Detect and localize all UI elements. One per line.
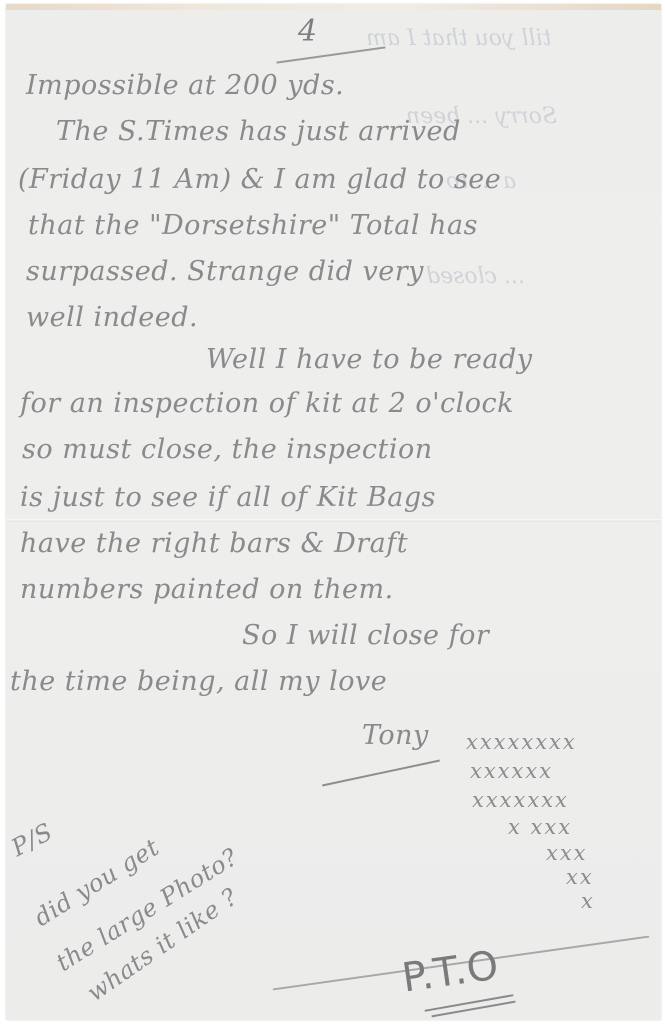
letter-line: the time being, all my love <box>10 666 387 697</box>
show-through-text: till you that I am <box>366 26 551 51</box>
letter-line: Well I have to be ready <box>206 344 532 375</box>
please-turn-over: P.T.O <box>399 942 501 1001</box>
paper-fold-crease <box>6 519 661 522</box>
letter-line: is just to see if all of Kit Bags <box>20 482 436 513</box>
page-number-strike <box>276 46 385 63</box>
letter-line: The S.Times has just arrived <box>56 116 461 147</box>
kisses-row: xx <box>566 864 594 891</box>
signature: Tony <box>362 720 429 751</box>
kisses-row: x <box>581 888 595 915</box>
letter-line: (Friday 11 Am) & I am glad to see <box>18 164 501 195</box>
letter-line: have the right bars & Draft <box>20 528 408 559</box>
signature-underline <box>322 760 440 787</box>
kisses-row: x xxx <box>508 814 572 841</box>
letter-line: Impossible at 200 yds. <box>26 70 344 101</box>
letter-line: that the "Dorsetshire" Total has <box>28 210 478 241</box>
postscript-label: P/S <box>7 817 57 862</box>
letter-line: So I will close for <box>242 620 489 651</box>
kisses-row: xxx <box>546 840 588 867</box>
letter-line: well indeed. <box>26 302 198 333</box>
letter-line: surpassed. Strange did very <box>26 256 424 287</box>
page-number: 4 <box>298 14 318 49</box>
letter-page: till you that I am Sorry ... been a ... … <box>6 4 661 1020</box>
letter-line: for an inspection of kit at 2 o'clock <box>20 388 514 419</box>
kisses-row: xxxxxxx <box>472 787 569 814</box>
letter-line: numbers painted on them. <box>20 574 394 605</box>
show-through-text: ... closed <box>426 264 525 289</box>
kisses-row: xxxxxxxx <box>466 729 577 756</box>
letter-line: so must close, the inspection <box>22 434 433 465</box>
kisses-row: xxxxxx <box>470 758 553 785</box>
paper-edge <box>6 4 661 10</box>
